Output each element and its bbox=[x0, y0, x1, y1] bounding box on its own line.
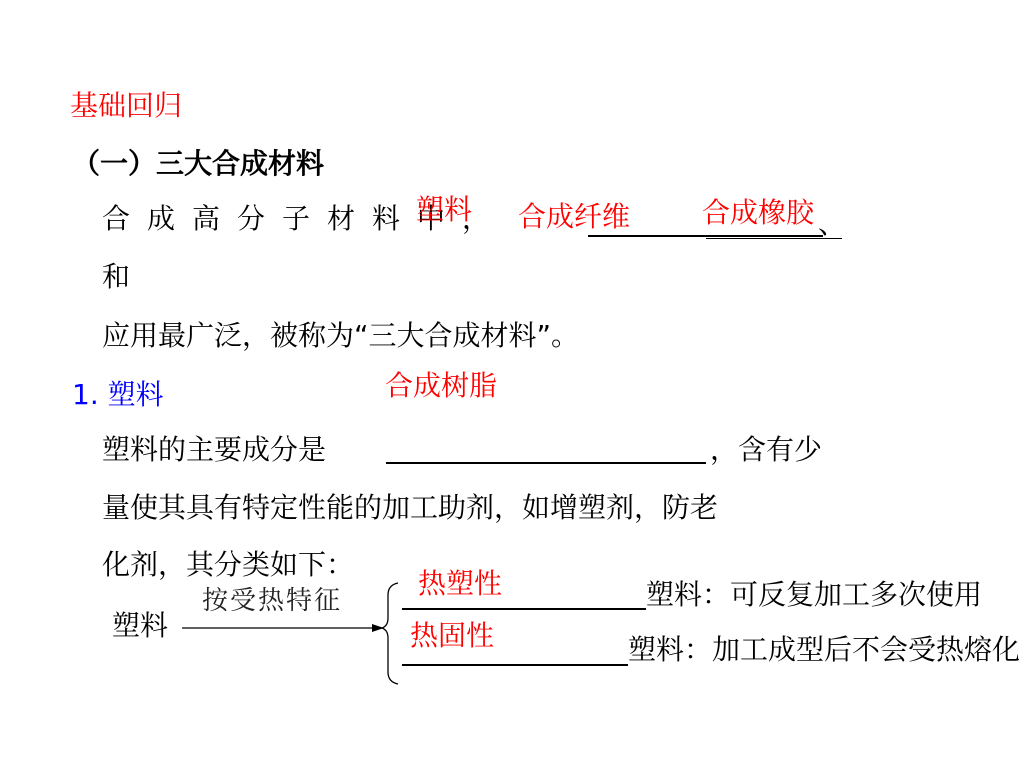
blank-line-thermoset bbox=[402, 664, 628, 666]
answer-thermoset: 热固性 bbox=[410, 622, 494, 650]
answer-thermoplastic: 热塑性 bbox=[418, 570, 502, 598]
paragraph1-line3: 应用最广泛，被称为“三大合成材料”。 bbox=[102, 322, 579, 350]
answer-synthetic-rubber: 合成橡胶 bbox=[702, 199, 814, 227]
answer-plastics: 塑料 bbox=[416, 196, 472, 224]
item1-line2: 量使其具有特定性能的加工助剂，如增塑剂，防老 bbox=[102, 494, 718, 522]
paragraph1-line2: 和 bbox=[102, 263, 130, 291]
classification-root: 塑料 bbox=[112, 612, 168, 640]
item1-line1-suffix: ，含有少 bbox=[710, 436, 822, 464]
item1-line1-prefix: 塑料的主要成分是 bbox=[102, 436, 326, 464]
branch-thermoset-text: 塑料：加工成型后不会受热熔化 bbox=[628, 636, 1020, 664]
answer-synthetic-resin: 合成树脂 bbox=[385, 372, 497, 400]
item1-title: 1. 塑料 bbox=[72, 381, 164, 409]
answer-synthetic-fiber: 合成纤维 bbox=[518, 203, 630, 231]
classification-arrow-brace bbox=[180, 580, 400, 690]
blank-line-resin bbox=[386, 462, 706, 464]
blank-line-rubber bbox=[706, 238, 842, 239]
dun-separator: 、 bbox=[818, 210, 846, 238]
blank-line-fiber bbox=[588, 235, 823, 237]
item1-line3: 化剂，其分类如下： bbox=[102, 551, 354, 579]
subsection-title: （一）三大合成材料 bbox=[72, 150, 324, 178]
blank-line-thermoplastic bbox=[402, 608, 646, 610]
section-heading: 基础回归 bbox=[70, 92, 182, 120]
branch-thermoplastic-text: 塑料：可反复加工多次使用 bbox=[646, 581, 982, 609]
